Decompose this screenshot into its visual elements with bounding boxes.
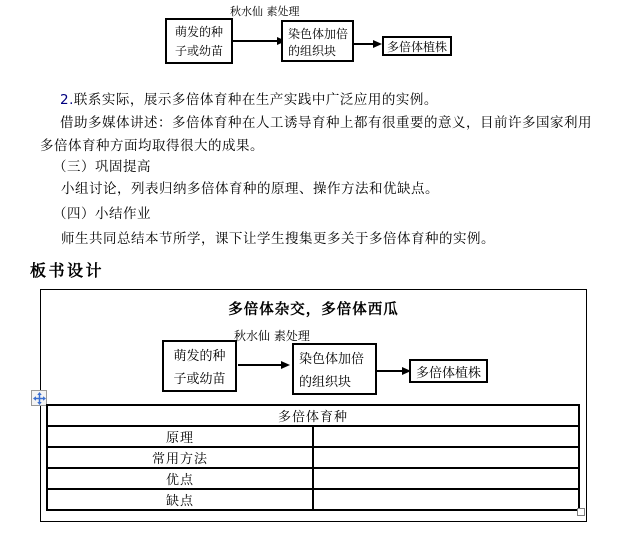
arrow-right-icon xyxy=(281,361,290,369)
flow-box-polyploid-plant: 多倍体植株 xyxy=(382,36,452,56)
flow-box-germinating-seeds: 萌发的种 子或幼苗 xyxy=(165,18,233,64)
body-line: 借助多媒体讲述：多倍体育种在人工诱导育种上都有很重要的意义，目前许多国家利用 xyxy=(60,111,592,131)
body-line: （四）小结作业 xyxy=(53,202,151,222)
table-header-cell: 多倍体育种 xyxy=(47,405,579,426)
table-header-row: 多倍体育种 xyxy=(47,405,579,426)
body-line: （三）巩固提高 xyxy=(53,155,151,175)
table-resize-handle[interactable] xyxy=(577,508,585,516)
row-label-cell: 优点 xyxy=(47,468,313,489)
summary-table: 多倍体育种 原理 常用方法 优点 缺点 xyxy=(46,404,580,511)
flow-arrow xyxy=(238,364,282,366)
move-arrows-icon xyxy=(33,392,46,405)
flow-box-doubled-chromosome-tissue: 染色体加倍 的组织块 xyxy=(292,343,377,395)
table-row: 常用方法 xyxy=(47,447,579,468)
row-value-cell[interactable] xyxy=(313,489,579,510)
flow-arrow xyxy=(233,40,278,42)
list-number: 2. xyxy=(60,92,74,108)
flow-box-text: 子或幼苗 xyxy=(167,42,231,59)
body-line: 小组讨论，列表归纳多倍体育种的原理、操作方法和优缺点。 xyxy=(61,177,439,197)
row-label-cell: 原理 xyxy=(47,426,313,447)
flow-arrow-label-colchicine: 秋水仙 素处理 xyxy=(230,6,288,18)
flow-arrow xyxy=(354,43,374,45)
row-label-cell: 缺点 xyxy=(47,489,313,510)
table-move-handle[interactable] xyxy=(31,390,47,406)
body-line-text: 联系实际，展示多倍体育种在生产实践中广泛应用的实例。 xyxy=(74,92,438,108)
arrow-right-icon xyxy=(373,40,382,48)
body-line: 多倍体育种方面均取得很大的成果。 xyxy=(40,134,264,154)
section-heading-board-design: 板书设计 xyxy=(30,258,104,281)
body-line: 2.联系实际，展示多倍体育种在生产实践中广泛应用的实例。 xyxy=(60,88,438,108)
row-value-cell[interactable] xyxy=(313,447,579,468)
flow-box-germinating-seeds: 萌发的种 子或幼苗 xyxy=(162,340,237,392)
table-row: 原理 xyxy=(47,426,579,447)
body-line: 师生共同总结本节所学，课下让学生搜集更多关于多倍体育种的实例。 xyxy=(61,227,495,247)
row-value-cell[interactable] xyxy=(313,426,579,447)
flow-arrow-label-colchicine: 秋水仙 素处理 xyxy=(234,330,292,343)
flow-arrow xyxy=(377,370,403,372)
flow-box-polyploid-plant: 多倍体植株 xyxy=(409,359,488,383)
flow-box-doubled-chromosome-tissue: 染色体加倍 的组织块 xyxy=(281,20,354,62)
table-row: 缺点 xyxy=(47,489,579,510)
row-label-cell: 常用方法 xyxy=(47,447,313,468)
document-page: 萌发的种 子或幼苗 秋水仙 素处理 染色体加倍 的组织块 多倍体植株 2.联系实… xyxy=(0,0,622,537)
row-value-cell[interactable] xyxy=(313,468,579,489)
table-row: 优点 xyxy=(47,468,579,489)
board-title: 多倍体杂交，多倍体西瓜 xyxy=(40,298,587,319)
flow-box-text: 萌发的种 xyxy=(167,23,231,40)
